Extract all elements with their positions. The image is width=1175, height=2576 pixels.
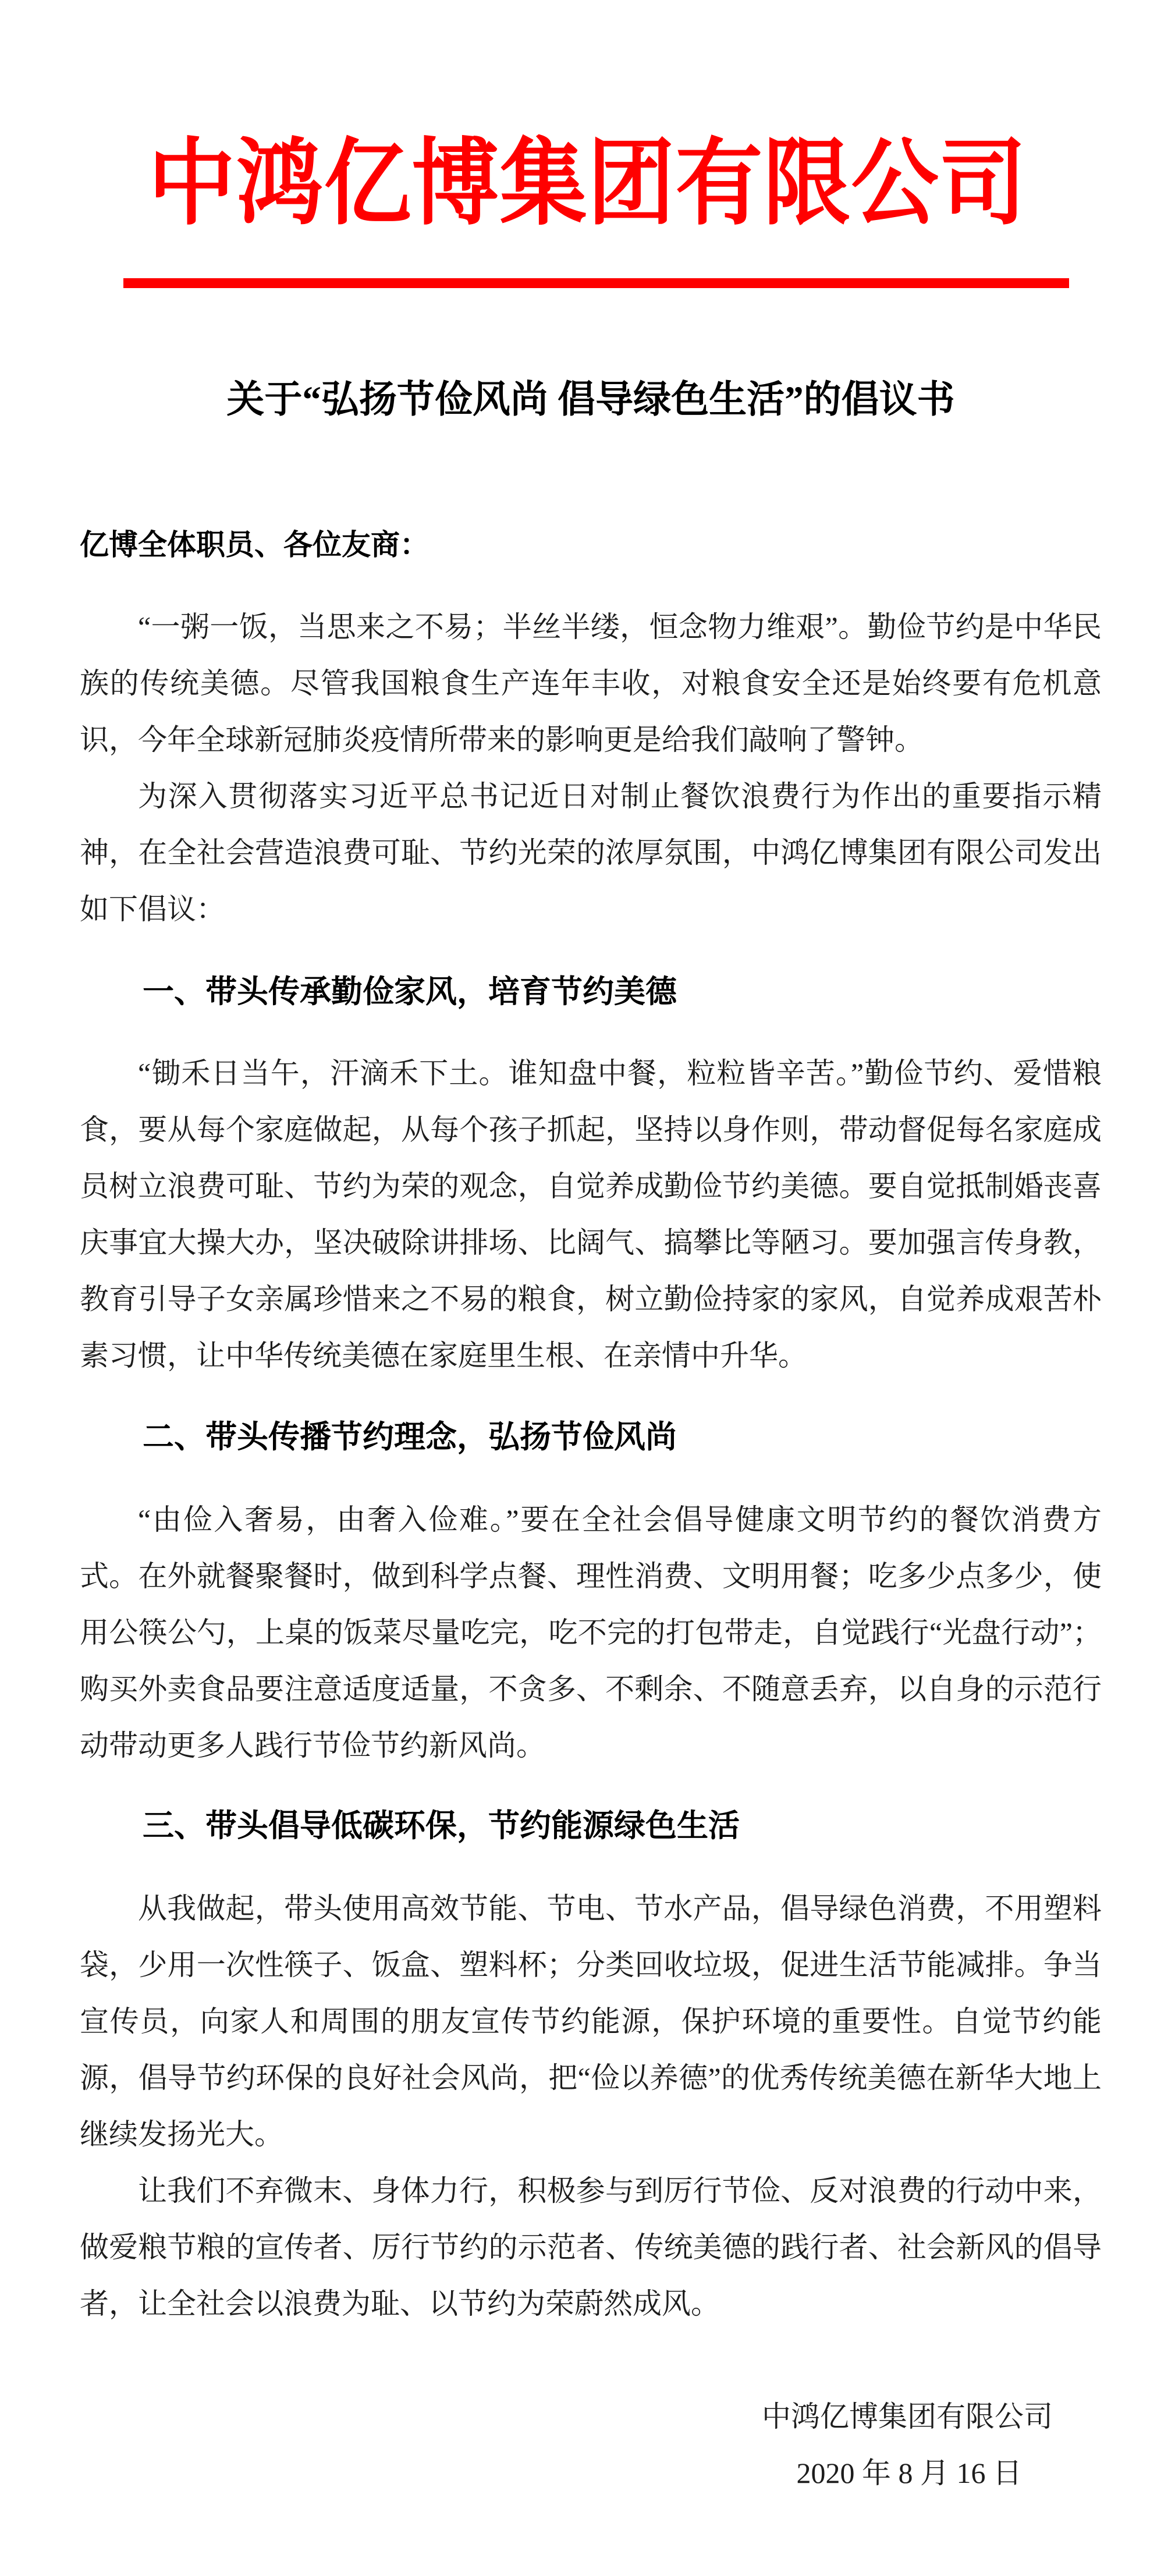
signature-company-name: 中鸿亿博集团有限公司 (80, 2389, 1102, 2445)
section-3-heading: 三、带头倡导低碳环保，节约能源绿色生活 (80, 1798, 1102, 1854)
section-2-paragraph: “由俭入奢易，由奢入俭难。”要在全社会倡导健康文明节约的餐饮消费方式。在外就餐聚… (80, 1492, 1102, 1774)
section-2-heading: 二、带头传播节约理念，弘扬节俭风尚 (80, 1409, 1102, 1466)
section-1-heading: 一、带头传承勤俭家风，培育节约美德 (80, 964, 1102, 1020)
salutation-line: 亿博全体职员、各位友商： (80, 517, 1102, 573)
section-3-paragraph: 从我做起，带头使用高效节能、节电、节水产品，倡导绿色消费，不用塑料袋，少用一次性… (80, 1880, 1102, 2163)
document-title: 关于“弘扬节俭风尚 倡导绿色生活”的倡议书 (80, 372, 1102, 428)
intro-paragraph-2: 为深入贯彻落实习近平总书记近日对制止餐饮浪费行为作出的重要指示精神，在全社会营造… (80, 768, 1102, 938)
section-1-paragraph: “锄禾日当午，汗滴禾下土。谁知盘中餐，粒粒皆辛苦。”勤俭节约、爱惜粮食，要从每个… (80, 1045, 1102, 1384)
document-page: 中鸿亿博集团有限公司 关于“弘扬节俭风尚 倡导绿色生活”的倡议书 亿博全体职员、… (0, 0, 1175, 2576)
intro-paragraph-1: “一粥一饭，当思来之不易；半丝半缕，恒念物力维艰”。勤俭节约是中华民族的传统美德… (80, 599, 1102, 768)
closing-paragraph: 让我们不弃微末、身体力行，积极参与到厉行节俭、反对浪费的行动中来，做爱粮节粮的宣… (80, 2163, 1102, 2332)
document-body: 关于“弘扬节俭风尚 倡导绿色生活”的倡议书 亿博全体职员、各位友商： “一粥一饭… (80, 0, 1102, 2502)
signature-date: 2020 年 8 月 16 日 (80, 2445, 1102, 2502)
